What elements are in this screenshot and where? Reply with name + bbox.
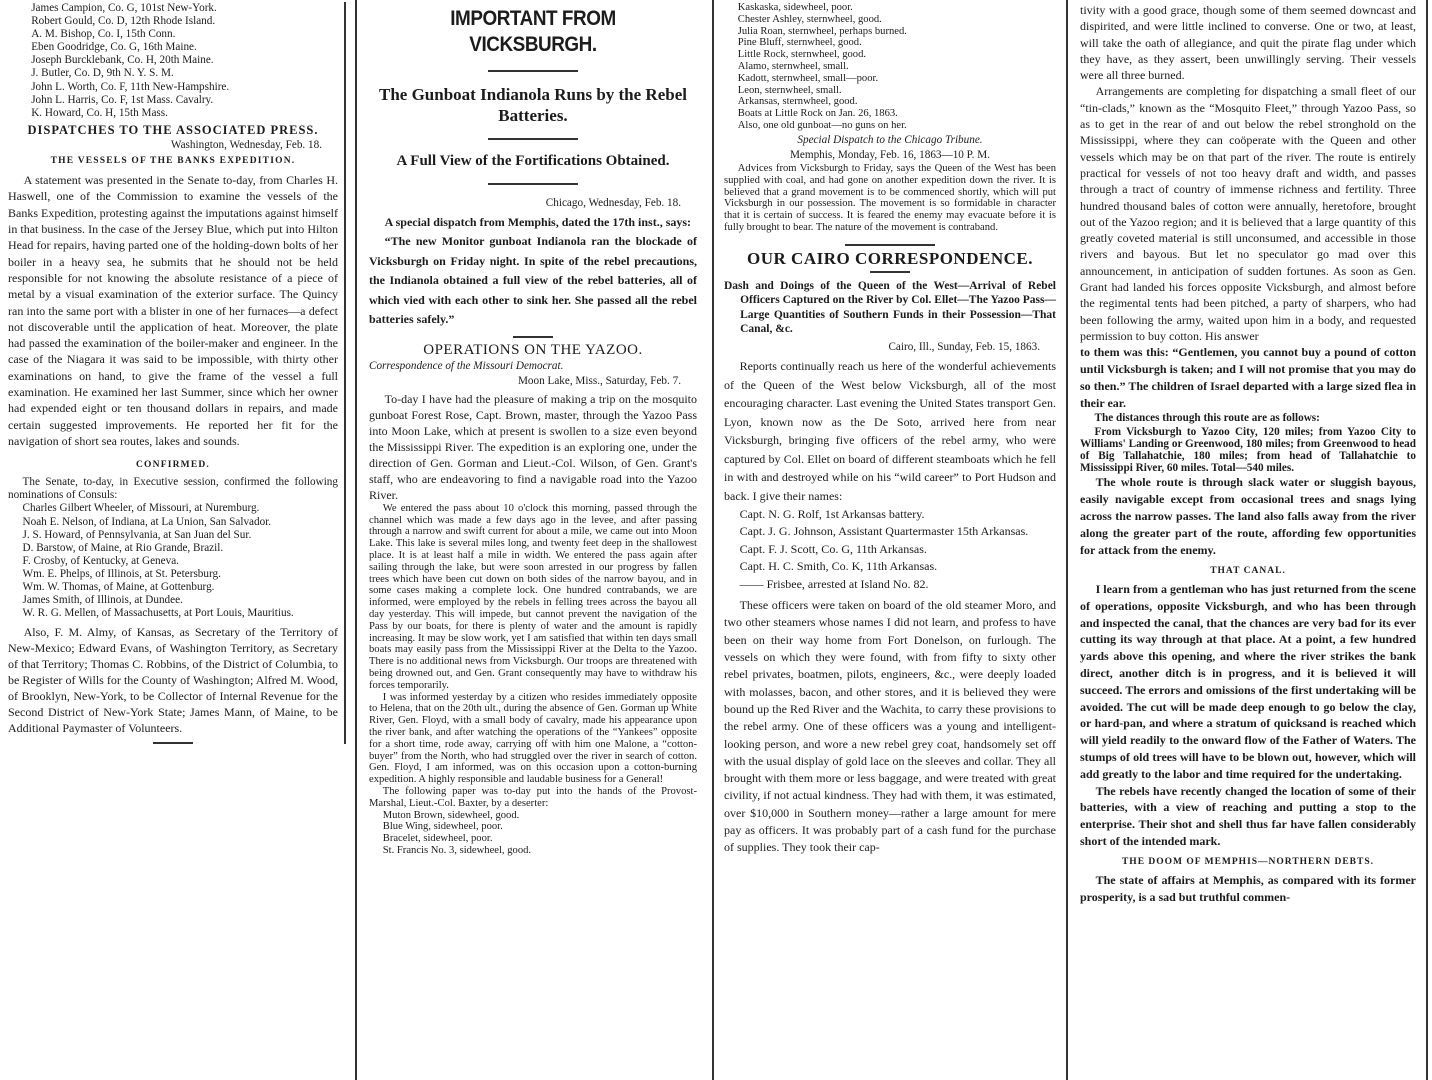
boat-list-continued: Kaskaska, sidewheel, poor. Chester Ashle… [724, 2, 1056, 132]
tribune-body: Advices from Vicksburgh to Friday, says … [724, 163, 1056, 234]
boat-entry: Kaskaska, sidewheel, poor. [724, 2, 1056, 14]
tribune-credit: Special Dispatch to the Chicago Tribune. [724, 134, 1056, 147]
boat-entry: Blue Wing, sidewheel, poor. [369, 821, 697, 833]
cairo-dateline: Cairo, Ill., Sunday, Feb. 15, 1863. [724, 341, 1056, 354]
consul-entry: F. Crosby, of Kentucky, at Geneva. [8, 555, 338, 568]
yazoo-paragraph: I was informed yesterday by a citizen wh… [369, 692, 697, 786]
yazoo-credit: Correspondence of the Missouri Democrat. [369, 360, 697, 373]
consul-list: Charles Gilbert Wheeler, of Missouri, at… [8, 502, 338, 620]
boat-entry: Also, one old gunboat—no guns on her. [724, 120, 1056, 132]
casualty-entry: Robert Gould, Co. D, 12th Rhode Island. [20, 15, 338, 28]
officer-entry: Capt. N. G. Rolf, 1st Arkansas battery. [724, 506, 1056, 524]
consul-entry: Wm. W. Thomas, of Maine, at Gottenburg. [8, 581, 338, 594]
canal-paragraph: The rebels have recently changed the loc… [1080, 783, 1416, 850]
boat-entry: Pine Bluff, sternwheel, good. [724, 37, 1056, 49]
boat-entry: Kadott, sternwheel, small—poor. [724, 73, 1056, 85]
cairo-heading: OUR CAIRO CORRESPONDENCE. [724, 252, 1056, 265]
memphis-paragraph: The state of affairs at Memphis, as comp… [1080, 872, 1416, 906]
column-1-frame: James Campion, Co. G, 101st New-York. Ro… [8, 2, 346, 744]
dispatch-heading: DISPATCHES TO THE ASSOCIATED PRESS. [8, 124, 338, 137]
divider [513, 336, 553, 338]
boat-entry: Little Rock, sternwheel, good. [724, 49, 1056, 61]
column-2: IMPORTANT FROM VICKSBURGH. The Gunboat I… [355, 0, 705, 1080]
divider [153, 742, 193, 744]
boat-entry: Alamo, sternwheel, small. [724, 61, 1056, 73]
officer-entry: Capt. H. C. Smith, Co. K, 11th Arkansas. [724, 558, 1056, 576]
officer-entry: Capt. J. G. Johnson, Assistant Quarterma… [724, 523, 1056, 541]
headline: IMPORTANT FROM VICKSBURGH. [385, 6, 680, 58]
tribune-dateline: Memphis, Monday, Feb. 16, 1863—10 P. M. [724, 149, 1056, 162]
casualty-entry: A. M. Bishop, Co. I, 15th Conn. [20, 28, 338, 41]
officer-entry: Capt. F. J. Scott, Co. G, 11th Arkansas. [724, 541, 1056, 559]
boat-entry: Muton Brown, sidewheel, good. [369, 810, 697, 822]
divider [488, 138, 578, 140]
boat-entry: Arkansas, sternwheel, good. [724, 96, 1056, 108]
confirmed-heading: CONFIRMED. [8, 459, 338, 472]
dispatch-dateline: Washington, Wednesday, Feb. 18. [8, 139, 338, 152]
cairo-paragraph: Reports continually reach us here of the… [724, 357, 1056, 506]
column-4: tivity with a good grace, though some of… [1066, 0, 1428, 1080]
cairo-continued-paragraph: Arrangements are completing for dispatch… [1080, 83, 1416, 344]
banks-article-body: A statement was presented in the Senate … [8, 172, 338, 449]
cairo-paragraph: These officers were taken on board of th… [724, 597, 1056, 856]
cairo-deck: Dash and Doings of the Queen of the West… [724, 279, 1056, 337]
deck-2: A Full View of the Fortifications Obtain… [369, 152, 697, 171]
yazoo-paragraph: The following paper was to-day put into … [369, 786, 697, 810]
deck-1: The Gunboat Indianola Runs by the Rebel … [369, 84, 697, 126]
column-3: Kaskaska, sidewheel, poor. Chester Ashle… [712, 0, 1062, 1080]
distances-paragraph: From Vicksburgh to Yazoo City, 120 miles… [1080, 426, 1416, 474]
also-paragraph: Also, F. M. Almy, of Kansas, as Secretar… [8, 624, 338, 736]
officer-list: Capt. N. G. Rolf, 1st Arkansas battery. … [724, 506, 1056, 594]
dispatch-quote: “The new Monitor gunboat Indianola ran t… [369, 232, 697, 330]
memphis-heading: THE DOOM OF MEMPHIS—NORTHERN DEBTS. [1080, 856, 1416, 869]
divider [870, 271, 910, 273]
officer-entry: —— Frisbee, arrested at Island No. 82. [724, 576, 1056, 594]
cairo-continued-paragraph: to them was this: “Gentlemen, you cannot… [1080, 344, 1416, 411]
casualty-entry: Joseph Burcklebank, Co. H, 20th Maine. [20, 54, 338, 67]
yazoo-paragraph: We entered the pass about 10 o'clock thi… [369, 503, 697, 692]
yazoo-paragraph: To-day I have had the pleasure of making… [369, 391, 697, 503]
yazoo-dateline: Moon Lake, Miss., Saturday, Feb. 7. [369, 375, 697, 388]
consul-entry: James Smith, of Illinois, at Dundee. [8, 594, 338, 607]
casualty-entry: K. Howard, Co. H, 15th Mass. [20, 107, 338, 120]
consul-entry: Wm. E. Phelps, of Illinois, at St. Peter… [8, 568, 338, 581]
boat-list: Muton Brown, sidewheel, good. Blue Wing,… [369, 810, 697, 857]
cairo-continued-paragraph: The whole route is through slack water o… [1080, 474, 1416, 559]
consul-entry: W. R. G. Mellen, of Massachusetts, at Po… [8, 607, 338, 620]
boat-entry: Bracelet, sidewheel, poor. [369, 833, 697, 845]
divider [845, 244, 935, 246]
column-1: James Campion, Co. G, 101st New-York. Ro… [0, 0, 352, 960]
banks-heading: THE VESSELS OF THE BANKS EXPEDITION. [8, 155, 338, 168]
boat-entry: Chester Ashley, sternwheel, good. [724, 14, 1056, 26]
divider [488, 70, 578, 72]
casualty-entry: J. Butler, Co. D, 9th N. Y. S. M. [20, 67, 338, 80]
casualty-entry: James Campion, Co. G, 101st New-York. [20, 2, 338, 15]
dispatch-intro: A special dispatch from Memphis, dated t… [369, 213, 697, 232]
confirmed-intro: The Senate, to-day, in Executive session… [8, 476, 338, 502]
boat-entry: St. Francis No. 3, sidewheel, good. [369, 845, 697, 857]
consul-entry: Noah E. Nelson, of Indiana, at La Union,… [8, 516, 338, 529]
canal-paragraph: I learn from a gentleman who has just re… [1080, 581, 1416, 783]
consul-entry: D. Barstow, of Maine, at Rio Grande, Bra… [8, 542, 338, 555]
casualty-entry: John L. Harris, Co. F, 1st Mass. Cavalry… [20, 94, 338, 107]
boat-entry: Boats at Little Rock on Jan. 26, 1863. [724, 108, 1056, 120]
casualty-list: James Campion, Co. G, 101st New-York. Ro… [8, 2, 338, 120]
chicago-dateline: Chicago, Wednesday, Feb. 18. [369, 197, 697, 210]
cairo-continued-paragraph: The distances through this route are as … [1080, 411, 1416, 426]
casualty-entry: Eben Goodridge, Co. G, 16th Maine. [20, 41, 338, 54]
consul-entry: Charles Gilbert Wheeler, of Missouri, at… [8, 502, 338, 515]
cairo-continued-paragraph: tivity with a good grace, though some of… [1080, 2, 1416, 83]
yazoo-heading: OPERATIONS ON THE YAZOO. [369, 344, 697, 357]
casualty-entry: John L. Worth, Co. F, 11th New-Hampshire… [20, 81, 338, 94]
consul-entry: J. S. Howard, of Pennsylvania, at San Ju… [8, 529, 338, 542]
divider [488, 183, 578, 185]
canal-heading: THAT CANAL. [1080, 565, 1416, 578]
boat-entry: Leon, sternwheel, small. [724, 85, 1056, 97]
boat-entry: Julia Roan, sternwheel, perhaps burned. [724, 26, 1056, 38]
